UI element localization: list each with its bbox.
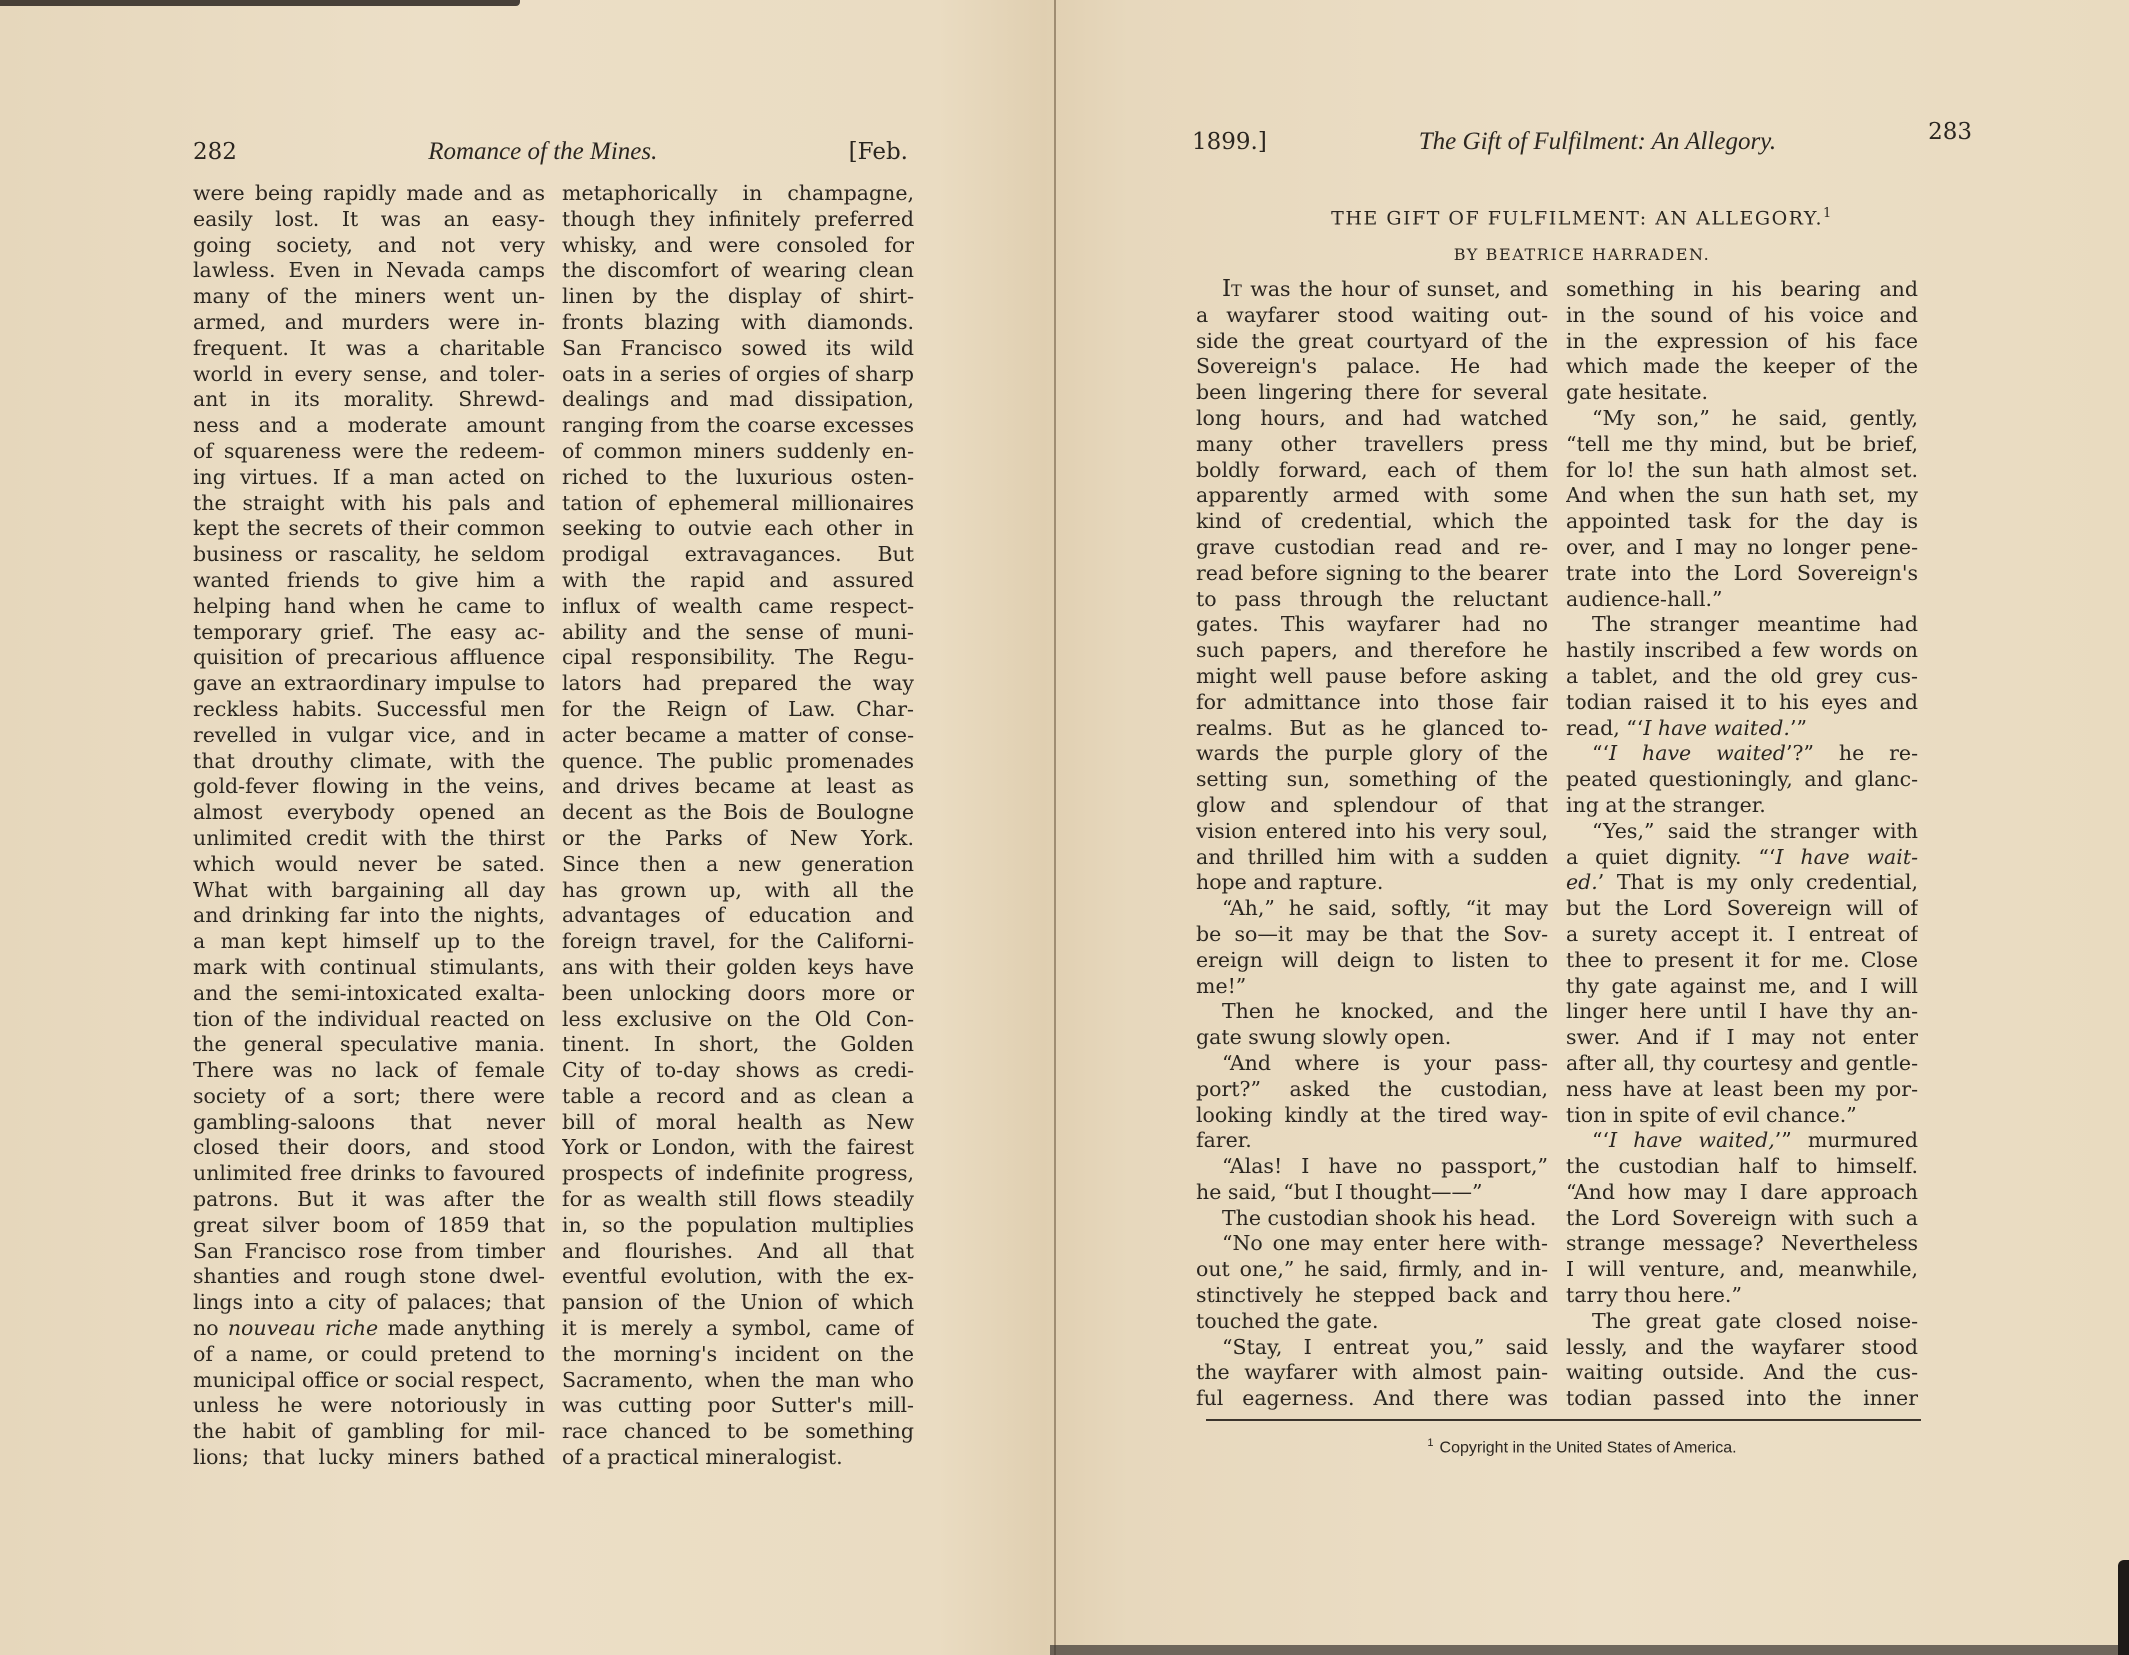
text-line: armed, and murders were in- xyxy=(193,310,545,336)
text-line: many other travellers press xyxy=(1196,432,1548,458)
text-line: for admittance into those fair xyxy=(1196,690,1548,716)
text-line: grave custodian read and re- xyxy=(1196,535,1548,561)
text-line: Since then a new generation xyxy=(562,852,914,878)
text-line: such papers, and therefore he xyxy=(1196,638,1548,664)
text-line: linen by the display of shirt- xyxy=(562,284,914,310)
text-line: easily lost. It was an easy- xyxy=(193,207,545,233)
text-line: riched to the luxurious osten- xyxy=(562,465,914,491)
text-line: and drinking far into the nights, xyxy=(193,903,545,929)
text-column-1: were being rapidly made and aseasily los… xyxy=(193,181,545,1471)
book-spread: 282 Romance of the Mines. [Feb. were bei… xyxy=(0,0,2129,1655)
text-line: foreign travel, for the Californi- xyxy=(562,929,914,955)
text-line: for as wealth still flows steadily xyxy=(562,1187,914,1213)
text-line: cipal responsibility. The Regu- xyxy=(562,645,914,671)
text-column-1: It was the hour of sunset, anda wayfarer… xyxy=(1196,277,1548,1412)
text-line: gate hesitate. xyxy=(1566,380,1918,406)
footnote-divider xyxy=(1206,1419,1921,1421)
text-line: acter became a matter of conse- xyxy=(562,723,914,749)
running-title: The Gift of Fulfilment: An Allegory. xyxy=(1419,128,1776,156)
text-line: tion in spite of evil chance.” xyxy=(1566,1103,1918,1129)
text-line: ability and the sense of muni- xyxy=(562,620,914,646)
text-line: quence. The public promenades xyxy=(562,749,914,775)
text-line: in the expression of his face xyxy=(1566,329,1918,355)
text-line: tinent. In short, the Golden xyxy=(562,1032,914,1058)
text-line: pansion of the Union of which xyxy=(562,1290,914,1316)
text-line: of a name, or could pretend to xyxy=(193,1342,545,1368)
text-line: metaphorically in champagne, xyxy=(562,181,914,207)
text-line: patrons. But it was after the xyxy=(193,1187,545,1213)
text-line: ness and a moderate amount xyxy=(193,413,545,439)
text-line: Sovereign's palace. He had xyxy=(1196,354,1548,380)
text-line: read, “‘I have waited.’” xyxy=(1566,716,1918,742)
text-line: mark with continual stimulants, xyxy=(193,955,545,981)
text-line: linger here until I have thy an- xyxy=(1566,999,1918,1025)
text-line: hope and rapture. xyxy=(1196,870,1548,896)
text-line: fronts blazing with diamonds. xyxy=(562,310,914,336)
text-line: long hours, and had watched xyxy=(1196,406,1548,432)
text-line: stinctively he stepped back and xyxy=(1196,1283,1548,1309)
text-line: he said, “but I thought——” xyxy=(1196,1180,1548,1206)
text-line: gold-fever flowing in the veins, xyxy=(193,774,545,800)
text-line: “‘I have waited,’” murmured xyxy=(1566,1128,1918,1154)
text-line: There was no lack of female xyxy=(193,1058,545,1084)
text-line: the discomfort of wearing clean xyxy=(562,258,914,284)
text-line: gave an extraordinary impulse to xyxy=(193,671,545,697)
text-line: apparently armed with some xyxy=(1196,483,1548,509)
text-line: out one,” he said, firmly, and in- xyxy=(1196,1257,1548,1283)
text-line: “And where is your pass- xyxy=(1196,1051,1548,1077)
text-line: be so—it may be that the Sov- xyxy=(1196,922,1548,948)
text-line: todian passed into the inner xyxy=(1566,1386,1918,1412)
text-line: table a record and as clean a xyxy=(562,1084,914,1110)
text-line: the Lord Sovereign with such a xyxy=(1566,1206,1918,1232)
text-column-2: something in his bearing andin the sound… xyxy=(1566,277,1918,1412)
text-line: the straight with his pals and xyxy=(193,491,545,517)
text-line: going society, and not very xyxy=(193,233,545,259)
text-line: the general speculative mania. xyxy=(193,1032,545,1058)
text-line: ereign will deign to listen to xyxy=(1196,948,1548,974)
text-line: “Stay, I entreat you,” said xyxy=(1196,1335,1548,1361)
text-line: world in every sense, and toler- xyxy=(193,362,545,388)
text-line: in, so the population multiplies xyxy=(562,1213,914,1239)
text-line: ans with their golden keys have xyxy=(562,955,914,981)
text-line: Sacramento, when the man who xyxy=(562,1368,914,1394)
page-number: 282 xyxy=(193,139,237,165)
text-line: ful eagerness. And there was xyxy=(1196,1386,1548,1412)
text-line: been unlocking doors more or xyxy=(562,981,914,1007)
running-date: 1899.] xyxy=(1192,129,1267,155)
text-line: swer. And if I may not enter xyxy=(1566,1025,1918,1051)
text-line: ing virtues. If a man acted on xyxy=(193,465,545,491)
text-line: the habit of gambling for mil- xyxy=(193,1419,545,1445)
text-line: quisition of precarious affluence xyxy=(193,645,545,671)
text-line: strange message? Nevertheless xyxy=(1566,1231,1918,1257)
text-line: the wayfarer with almost pain- xyxy=(1196,1360,1548,1386)
right-page: 1899.] The Gift of Fulfilment: An Allego… xyxy=(1056,0,2129,1655)
text-line: something in his bearing and xyxy=(1566,277,1918,303)
text-line: setting sun, something of the xyxy=(1196,767,1548,793)
text-line: closed their doors, and stood xyxy=(193,1135,545,1161)
text-line: helping hand when he came to xyxy=(193,594,545,620)
text-line: a tablet, and the old grey cus- xyxy=(1566,664,1918,690)
text-line: me!” xyxy=(1196,974,1548,1000)
text-line: the custodian half to himself. xyxy=(1566,1154,1918,1180)
text-line: advantages of education and xyxy=(562,903,914,929)
text-line: side the great courtyard of the xyxy=(1196,329,1548,355)
text-line: revelled in vulgar vice, and in xyxy=(193,723,545,749)
text-line: San Francisco rose from timber xyxy=(193,1239,545,1265)
text-line: The custodian shook his head. xyxy=(1196,1206,1548,1232)
footnote-mark[interactable]: 1 xyxy=(1823,206,1833,221)
text-line: kept the secrets of their common xyxy=(193,516,545,542)
text-line: over, and I may no longer pene- xyxy=(1566,535,1918,561)
text-line: decent as the Bois de Boulogne xyxy=(562,800,914,826)
text-line: “‘I have waited’?” he re- xyxy=(1566,741,1918,767)
text-line: port?” asked the custodian, xyxy=(1196,1077,1548,1103)
text-line: wanted friends to give him a xyxy=(193,568,545,594)
text-line: prodigal extravagances. But xyxy=(562,542,914,568)
text-line: The stranger meantime had xyxy=(1566,612,1918,638)
text-line: “And how may I dare approach xyxy=(1566,1180,1918,1206)
text-line: whisky, and were consoled for xyxy=(562,233,914,259)
text-line: almost everybody opened an xyxy=(193,800,545,826)
text-line: gambling-saloons that never xyxy=(193,1110,545,1136)
text-line: It was the hour of sunset, and xyxy=(1196,277,1548,303)
text-line: appointed task for the day is xyxy=(1566,509,1918,535)
text-line: a surety accept it. I entreat of xyxy=(1566,922,1918,948)
text-line: tion of the individual reacted on xyxy=(193,1007,545,1033)
footnote-text: Copyright in the United States of Americ… xyxy=(1440,1439,1737,1456)
text-line: gate swung slowly open. xyxy=(1196,1025,1548,1051)
left-page: 282 Romance of the Mines. [Feb. were bei… xyxy=(0,0,1054,1655)
text-line: for lo! the sun hath almost set. xyxy=(1566,458,1918,484)
text-line: lings into a city of palaces; that xyxy=(193,1290,545,1316)
text-line: I will venture, and, meanwhile, xyxy=(1566,1257,1918,1283)
byline: BY BEATRICE HARRADEN. xyxy=(1192,245,1972,264)
text-line: has grown up, with all the xyxy=(562,878,914,904)
footnote: 1Copyright in the United States of Ameri… xyxy=(1192,1437,1972,1457)
footnote-number: 1 xyxy=(1427,1437,1433,1449)
text-line: influx of wealth came respect- xyxy=(562,594,914,620)
text-line: a man kept himself up to the xyxy=(193,929,545,955)
text-line: ness have at least been my por- xyxy=(1566,1077,1918,1103)
text-line: which would never be sated. xyxy=(193,852,545,878)
text-line: but the Lord Sovereign will of xyxy=(1566,896,1918,922)
text-line: trate into the Lord Sovereign's xyxy=(1566,561,1918,587)
text-line: prospects of indefinite progress, xyxy=(562,1161,914,1187)
text-line: lessly, and the wayfarer stood xyxy=(1566,1335,1918,1361)
text-line: unlimited free drinks to favoured xyxy=(193,1161,545,1187)
text-line: Then he knocked, and the xyxy=(1196,999,1548,1025)
text-line: “Yes,” said the stranger with xyxy=(1566,819,1918,845)
text-line: to pass through the reluctant xyxy=(1196,587,1548,613)
text-line: temporary grief. The easy ac- xyxy=(193,620,545,646)
article-title-text: THE GIFT OF FULFILMENT: AN ALLEGORY. xyxy=(1331,207,1823,229)
text-line: thee to present it for me. Close xyxy=(1566,948,1918,974)
text-line: that drouthy climate, with the xyxy=(193,749,545,775)
text-line: The great gate closed noise- xyxy=(1566,1309,1918,1335)
text-line: read before signing to the bearer xyxy=(1196,561,1548,587)
text-line: gates. This wayfarer had no xyxy=(1196,612,1548,638)
text-line: vision entered into his very soul, xyxy=(1196,819,1548,845)
text-line: which made the keeper of the xyxy=(1566,354,1918,380)
text-line: lions; that lucky miners bathed xyxy=(193,1445,545,1471)
text-line: were being rapidly made and as xyxy=(193,181,545,207)
text-line: “Alas! I have no passport,” xyxy=(1196,1154,1548,1180)
text-line: or the Parks of New York. xyxy=(562,826,914,852)
text-line: tarry thou here.” xyxy=(1566,1283,1918,1309)
text-line: looking kindly at the tired way- xyxy=(1196,1103,1548,1129)
text-line: touched the gate. xyxy=(1196,1309,1548,1335)
text-line: it is merely a symbol, came of xyxy=(562,1316,914,1342)
text-line: reckless habits. Successful men xyxy=(193,697,545,723)
text-line: dealings and mad dissipation, xyxy=(562,387,914,413)
text-line: And when the sun hath set, my xyxy=(1566,483,1918,509)
text-line: shanties and rough stone dwel- xyxy=(193,1264,545,1290)
text-line: “tell me thy mind, but be brief, xyxy=(1566,432,1918,458)
text-line: What with bargaining all day xyxy=(193,878,545,904)
text-line: seeking to outvie each other in xyxy=(562,516,914,542)
running-date: [Feb. xyxy=(849,139,908,165)
text-line: lawless. Even in Nevada camps xyxy=(193,258,545,284)
text-line: unless he were notoriously in xyxy=(193,1393,545,1419)
text-line: race chanced to be something xyxy=(562,1419,914,1445)
text-line: audience-hall.” xyxy=(1566,587,1918,613)
text-line: York or London, with the fairest xyxy=(562,1135,914,1161)
text-line: was cutting poor Sutter's mill- xyxy=(562,1393,914,1419)
text-line: of a practical mineralogist. xyxy=(562,1445,914,1471)
text-line: unlimited credit with the thirst xyxy=(193,826,545,852)
text-line: tation of ephemeral millionaires xyxy=(562,491,914,517)
article-title: THE GIFT OF FULFILMENT: AN ALLEGORY.1 xyxy=(1192,206,1972,229)
text-line: eventful evolution, with the ex- xyxy=(562,1264,914,1290)
running-title: Romance of the Mines. xyxy=(428,138,657,166)
text-line: the morning's incident on the xyxy=(562,1342,914,1368)
text-line: business or rascality, he seldom xyxy=(193,542,545,568)
text-line: “Ah,” he said, softly, “it may xyxy=(1196,896,1548,922)
text-line: though they infinitely preferred xyxy=(562,207,914,233)
text-line: wards the purple glory of the xyxy=(1196,741,1548,767)
text-line: todian raised it to his eyes and xyxy=(1566,690,1918,716)
running-head-right: 1899.] The Gift of Fulfilment: An Allego… xyxy=(1192,128,1972,156)
text-line: lators had prepared the way xyxy=(562,671,914,697)
text-line: boldly forward, each of them xyxy=(1196,458,1548,484)
text-line: City of to-day shows as credi- xyxy=(562,1058,914,1084)
text-line: and thrilled him with a sudden xyxy=(1196,845,1548,871)
text-line: glow and splendour of that xyxy=(1196,793,1548,819)
text-line: a wayfarer stood waiting out- xyxy=(1196,303,1548,329)
text-line: hastily inscribed a few words on xyxy=(1566,638,1918,664)
text-line: less exclusive on the Old Con- xyxy=(562,1007,914,1033)
text-line: realms. But as he glanced to- xyxy=(1196,716,1548,742)
text-line: of common miners suddenly en- xyxy=(562,439,914,465)
text-line: ranging from the coarse excesses xyxy=(562,413,914,439)
text-line: peated questioningly, and glanc- xyxy=(1566,767,1918,793)
text-line: society of a sort; there were xyxy=(193,1084,545,1110)
text-line: waiting outside. And the cus- xyxy=(1566,1360,1918,1386)
text-line: of squareness were the redeem- xyxy=(193,439,545,465)
text-line: and the semi-intoxicated exalta- xyxy=(193,981,545,1007)
page-number: 283 xyxy=(1928,119,1972,145)
text-line: ed.’ That is my only credential, xyxy=(1566,870,1918,896)
text-line: a quiet dignity. “‘I have wait- xyxy=(1566,845,1918,871)
text-line: ing at the stranger. xyxy=(1566,793,1918,819)
text-line: municipal office or social respect, xyxy=(193,1368,545,1394)
text-line: “No one may enter here with- xyxy=(1196,1231,1548,1257)
text-line: many of the miners went un- xyxy=(193,284,545,310)
text-line: “My son,” he said, gently, xyxy=(1566,406,1918,432)
text-line: might well pause before asking xyxy=(1196,664,1548,690)
text-line: after all, thy courtesy and gentle- xyxy=(1566,1051,1918,1077)
text-line: with the rapid and assured xyxy=(562,568,914,594)
text-line: farer. xyxy=(1196,1128,1548,1154)
text-line: for the Reign of Law. Char- xyxy=(562,697,914,723)
text-column-2: metaphorically in champagne,though they … xyxy=(562,181,914,1471)
text-line: kind of credential, which the xyxy=(1196,509,1548,535)
text-line: ant in its morality. Shrewd- xyxy=(193,387,545,413)
text-line: no nouveau riche made anything xyxy=(193,1316,545,1342)
text-line: oats in a series of orgies of sharp xyxy=(562,362,914,388)
text-line: frequent. It was a charitable xyxy=(193,336,545,362)
text-line: great silver boom of 1859 that xyxy=(193,1213,545,1239)
text-line: in the sound of his voice and xyxy=(1566,303,1918,329)
text-line: bill of moral health as New xyxy=(562,1110,914,1136)
running-head-left: 282 Romance of the Mines. [Feb. xyxy=(193,138,908,166)
text-line: and drives became at least as xyxy=(562,774,914,800)
text-line: and flourishes. And all that xyxy=(562,1239,914,1265)
text-line: thy gate against me, and I will xyxy=(1566,974,1918,1000)
text-line: San Francisco sowed its wild xyxy=(562,336,914,362)
text-line: been lingering there for several xyxy=(1196,380,1548,406)
